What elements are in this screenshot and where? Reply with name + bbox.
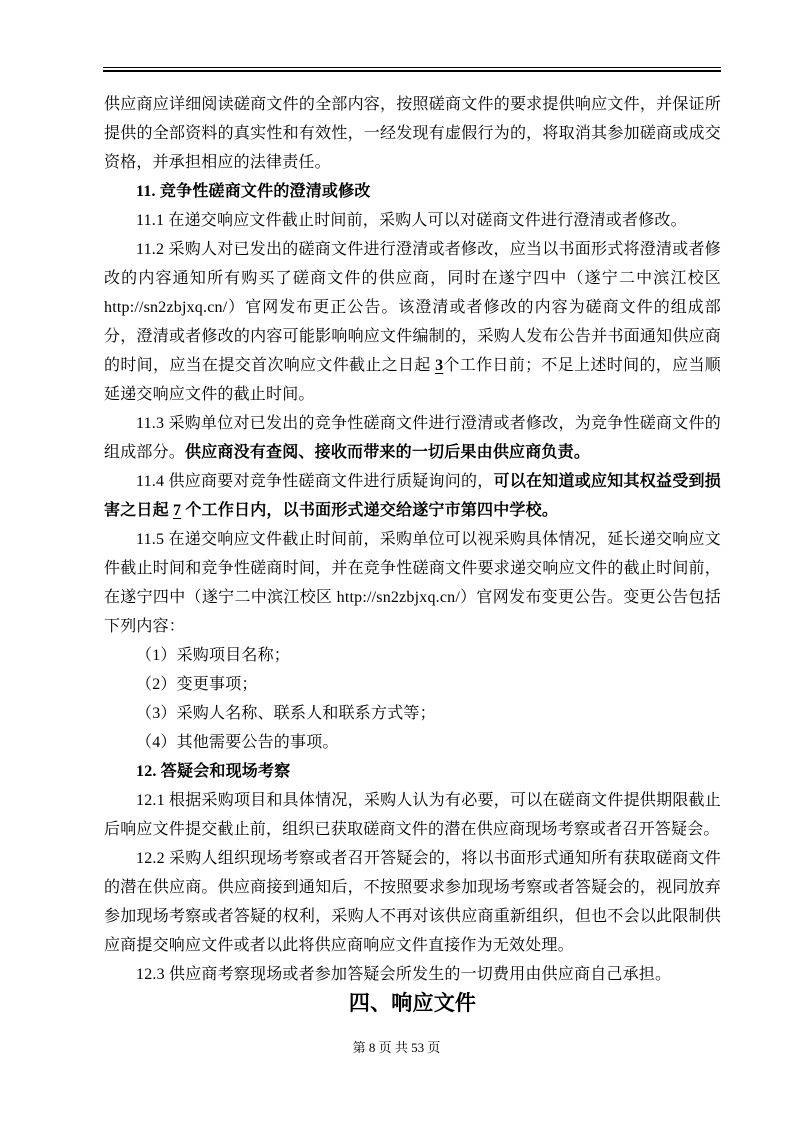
paragraph-12-3: 12.3 供应商考察现场或者参加答疑会所发生的一切费用由供应商自己承担。 <box>104 960 721 989</box>
list-item-2: （2）变更事项； <box>104 670 721 699</box>
paragraph-11-2: 11.2 采购人对已发出的磋商文件进行澄清或者修改，应当以书面形式将澄清或者修改… <box>104 235 721 409</box>
chapter-heading: 四、响应文件 <box>104 989 721 1019</box>
underlined-number: 7 <box>173 502 181 519</box>
document-body: 供应商应详细阅读磋商文件的全部内容，按照磋商文件的要求提供响应文件，并保证所提供… <box>104 90 721 1019</box>
list-item-1: （1）采购项目名称； <box>104 641 721 670</box>
list-item-3: （3）采购人名称、联系人和联系方式等； <box>104 699 721 728</box>
header-rule <box>103 67 721 72</box>
list-item-4: （4）其他需要公告的事项。 <box>104 728 721 757</box>
paragraph-12-2: 12.2 采购人组织现场考察或者召开答疑会的，将以书面形式通知所有获取磋商文件的… <box>104 844 721 960</box>
page-footer: 第 8 页 共 53 页 <box>0 1039 793 1057</box>
paragraph-12-1: 12.1 根据采购项目和具体情况，采购人认为有必要，可以在磋商文件提供期限截止后… <box>104 786 721 844</box>
paragraph-11-1: 11.1 在递交响应文件截止时间前，采购人可以对磋商文件进行澄清或者修改。 <box>104 206 721 235</box>
paragraph-intro: 供应商应详细阅读磋商文件的全部内容，按照磋商文件的要求提供响应文件，并保证所提供… <box>104 90 721 177</box>
text-run: 11.2 采购人对已发出的磋商文件进行澄清或者修改，应当以书面形式将澄清或者修改… <box>104 241 721 374</box>
bold-text-run: 个工作日内，以书面形式递交给遂宁市第四中学校。 <box>181 502 558 519</box>
bold-text-run: 供应商没有查阅、接收而带来的一切后果由供应商负责。 <box>185 444 590 461</box>
paragraph-11-4: 11.4 供应商要对竞争性磋商文件进行质疑询问的，可以在知道或应知其权益受到损害… <box>104 467 721 525</box>
section-heading-11: 11. 竞争性磋商文件的澄清或修改 <box>104 177 721 206</box>
paragraph-11-3: 11.3 采购单位对已发出的竞争性磋商文件进行澄清或者修改，为竞争性磋商文件的组… <box>104 409 721 467</box>
document-page: 供应商应详细阅读磋商文件的全部内容，按照磋商文件的要求提供响应文件，并保证所提供… <box>0 0 793 1122</box>
paragraph-11-5: 11.5 在递交响应文件截止时间前，采购单位可以视采购具体情况，延长递交响应文件… <box>104 525 721 641</box>
section-heading-12: 12. 答疑会和现场考察 <box>104 757 721 786</box>
text-run: 11.4 供应商要对竞争性磋商文件进行质疑询问的， <box>136 473 494 490</box>
